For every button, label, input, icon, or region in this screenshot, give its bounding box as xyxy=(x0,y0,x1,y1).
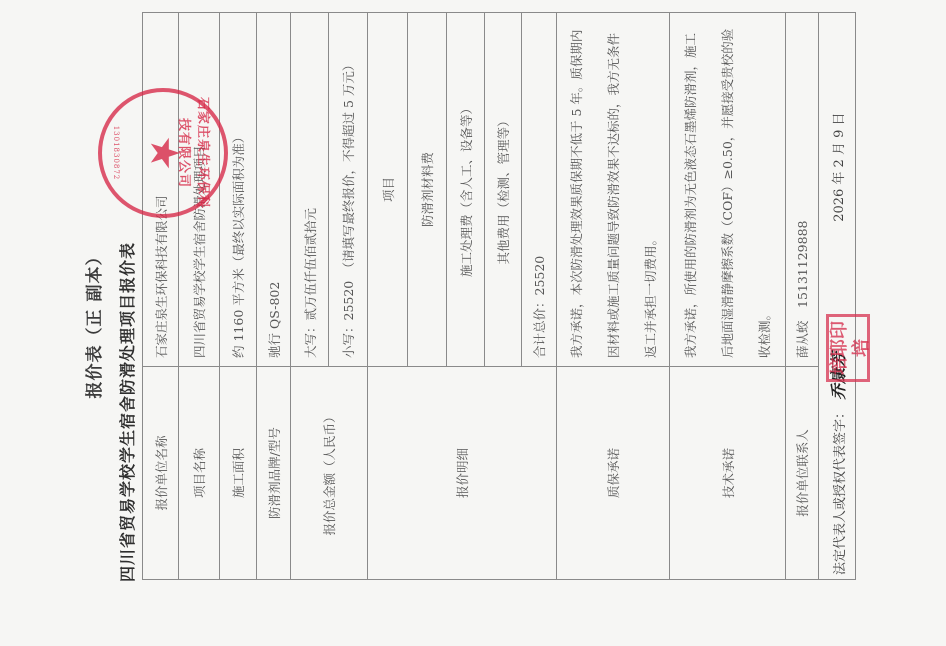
detail-item-construction: 施工处理费（含人工、设备等） xyxy=(447,13,485,367)
personal-seal-stamp: 培耶印培 xyxy=(826,314,870,382)
detail-item-other: 其他费用（检测、管理等） xyxy=(485,13,522,367)
total-lower: 小写：25520 （请填写最终报价，不得超过 5 万元） xyxy=(329,13,368,367)
total-upper: 大写：贰万伍仟伍佰贰拾元 xyxy=(291,13,329,367)
detail-header: 项目 xyxy=(368,13,408,367)
row-area: 施工面积 约 1160 平方米（最终以实际面积为准） xyxy=(220,13,257,580)
row-tech: 技术承诺 我方承诺，所使用的防滑剂为无色液态石墨烯防滑剂，施工后地面湿滑静摩擦系… xyxy=(670,13,786,580)
area-value: 约 1160 平方米（最终以实际面积为准） xyxy=(220,13,257,367)
detail-total: 合计总价：25520 xyxy=(522,13,557,367)
brand-value: 驰行 QS-802 xyxy=(257,13,291,367)
row-detail-header: 报价明细 项目 xyxy=(368,13,408,580)
warranty-label: 质保承诺 xyxy=(557,367,670,580)
document-subtitle: 四川省贸易学校学生宿舍防滑处理项目报价表 xyxy=(115,242,138,582)
company-seal-stamp: 石家庄泉生环保科技有限公司 ★ 1301830872 xyxy=(98,88,228,218)
document-date: 2026 年 2 月 9 日 xyxy=(828,113,847,222)
row-warranty: 质保承诺 我方承诺，本次防滑处理效果质保期不低于 5 年。质保期内因材料或施工质… xyxy=(557,13,670,580)
company-seal-code: 1301830872 xyxy=(112,92,120,214)
tech-value: 我方承诺，所使用的防滑剂为无色液态石墨烯防滑剂，施工后地面湿滑静摩擦系数（COF… xyxy=(670,13,786,367)
row-contact: 报价单位联系人 薛从蛟 15131129888 xyxy=(786,13,819,580)
detail-item-material: 防滑剂材料费 xyxy=(408,13,447,367)
rotated-document-page: 报价表（正 副本） 四川省贸易学校学生宿舍防滑处理项目报价表 报价单位名称 石家… xyxy=(0,0,946,646)
tech-label: 技术承诺 xyxy=(670,367,786,580)
row-signature: 法定代表人或授权代表签字：乔康芳 2026 年 2 月 9 日 xyxy=(819,13,856,580)
quotation-table: 报价单位名称 石家庄泉生环保科技有限公司 项目名称 四川省贸易学校学生宿舍防滑处… xyxy=(142,12,856,580)
row-total-upper: 报价总金额（人民币） 大写：贰万伍仟伍佰贰拾元 xyxy=(291,13,329,580)
detail-label: 报价明细 xyxy=(368,367,557,580)
signature-cell: 法定代表人或授权代表签字：乔康芳 2026 年 2 月 9 日 xyxy=(819,13,856,580)
project-label: 项目名称 xyxy=(179,367,220,580)
contact-label: 报价单位联系人 xyxy=(786,367,819,580)
row-brand: 防滑剂品牌/型号 驰行 QS-802 xyxy=(257,13,291,580)
star-icon: ★ xyxy=(144,92,184,214)
brand-label: 防滑剂品牌/型号 xyxy=(257,367,291,580)
document-title: 报价表（正 副本） xyxy=(80,0,105,646)
warranty-value: 我方承诺，本次防滑处理效果质保期不低于 5 年。质保期内因材料或施工质量问题导致… xyxy=(557,13,670,367)
signature-label: 法定代表人或授权代表签字： xyxy=(833,406,848,575)
contact-value: 薛从蛟 15131129888 xyxy=(786,13,819,367)
personal-seal-text: 培耶印培 xyxy=(829,321,872,375)
area-label: 施工面积 xyxy=(220,367,257,580)
bidder-label: 报价单位名称 xyxy=(143,367,179,580)
total-label: 报价总金额（人民币） xyxy=(291,367,368,580)
